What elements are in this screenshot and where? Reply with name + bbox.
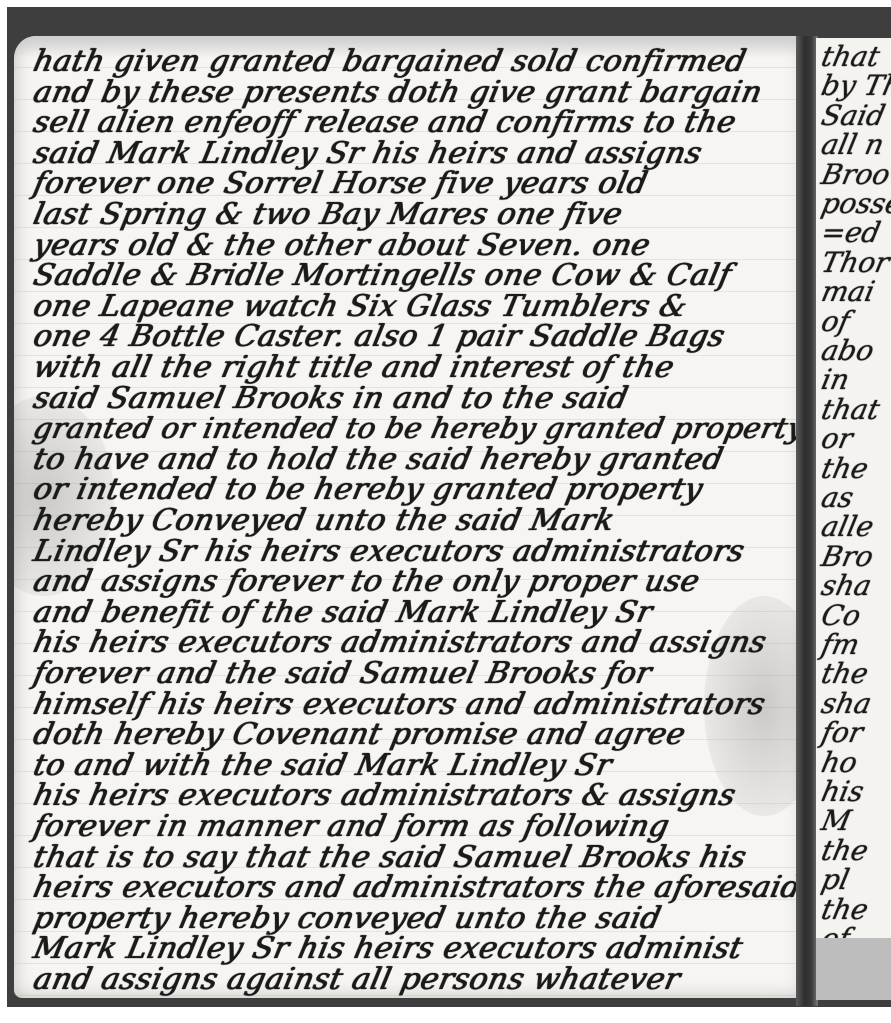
handwritten-line: hath given granted bargained sold confir… bbox=[30, 44, 749, 79]
handwritten-line: and assigns forever to the only proper u… bbox=[30, 564, 703, 599]
handwritten-fragment: M bbox=[818, 804, 854, 837]
page-gutter bbox=[796, 36, 818, 1006]
manuscript-right-page-partial: thatby ThSaidall nBrooposse=edThormaiof … bbox=[816, 38, 891, 1000]
handwritten-fragment: or bbox=[818, 422, 855, 455]
handwritten-line: Saddle & Bridle Mortingells one Cow & Ca… bbox=[30, 258, 734, 293]
handwritten-fragment: by Th bbox=[818, 69, 891, 102]
handwritten-fragment: mai bbox=[818, 275, 877, 308]
handwritten-line: hereby Conveyed unto the said Mark bbox=[30, 503, 617, 538]
handwritten-line: and assigns against all persons whatever bbox=[30, 962, 683, 997]
handwritten-fragment: of bbox=[818, 922, 852, 955]
handwritten-fragment: Co bbox=[818, 599, 863, 632]
handwritten-fragment: for bbox=[818, 716, 866, 749]
handwritten-fragment: sha bbox=[818, 569, 874, 602]
handwritten-line: with all the right title and interest of… bbox=[30, 350, 677, 385]
handwritten-line: granted or intended to be hereby granted… bbox=[30, 411, 804, 445]
handwritten-fragment: Said bbox=[818, 99, 888, 132]
handwritten-line: heirs executors and administrators the a… bbox=[30, 870, 804, 905]
manuscript-left-page: hath given granted bargained sold confir… bbox=[14, 36, 804, 998]
handwritten-fragment: in bbox=[818, 363, 852, 396]
handwritten-line: doth hereby Covenant promise and agree bbox=[30, 717, 689, 752]
handwritten-line: sell alien enfeoff release and confirms … bbox=[30, 105, 739, 140]
handwritten-fragment: the bbox=[818, 452, 871, 485]
handwritten-line: forever in manner and form as following bbox=[30, 809, 672, 844]
handwritten-line: forever and the said Samuel Brooks for bbox=[30, 656, 655, 691]
handwritten-fragment: pl bbox=[818, 863, 852, 896]
handwritten-fragment: alle bbox=[818, 510, 876, 543]
handwritten-fragment: all n bbox=[818, 128, 887, 161]
handwritten-fragment: that bbox=[818, 393, 882, 426]
handwritten-fragment: Broo bbox=[818, 158, 891, 191]
handwritten-fragment: Thor bbox=[818, 246, 891, 279]
handwritten-line: last Spring & two Bay Mares one five bbox=[30, 197, 625, 232]
handwritten-fragment: the bbox=[818, 893, 871, 926]
handwritten-fragment: =ed bbox=[818, 216, 883, 249]
handwritten-fragment: the bbox=[818, 657, 871, 690]
handwritten-fragment: ho bbox=[818, 746, 860, 779]
handwritten-fragment: Bro bbox=[818, 540, 876, 573]
handwritten-fragment: sha bbox=[818, 687, 874, 720]
handwritten-fragment: of bbox=[818, 305, 852, 338]
handwritten-fragment: the bbox=[818, 834, 871, 867]
